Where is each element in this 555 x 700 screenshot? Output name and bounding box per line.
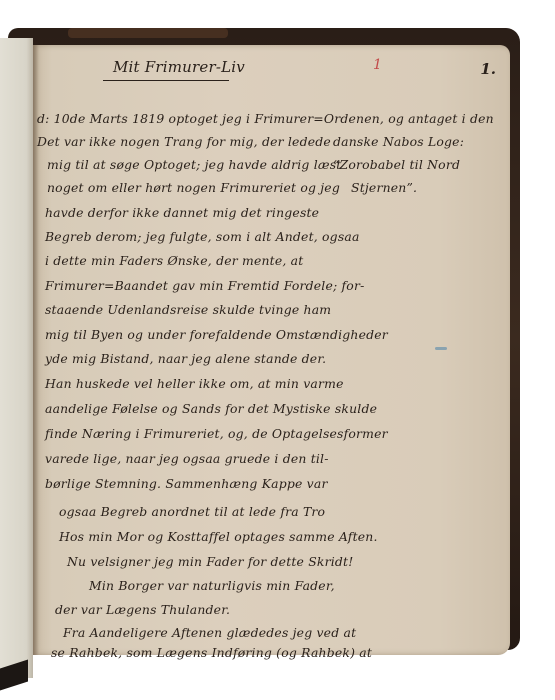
text-line: i dette min Faders Ønske, der mente, at [45, 253, 303, 268]
page-title: Mit Frimurer-Liv [113, 58, 245, 76]
margin-mark: 1 [373, 57, 382, 73]
text-line: Det var ikke nogen Trang for mig, der le… [37, 134, 331, 149]
left-flyleaf [0, 38, 33, 678]
side-note-line: “Zorobabel til Nord [333, 157, 460, 172]
page-number: 1. [480, 60, 496, 78]
text-line: noget om eller hørt nogen Frimureriet og… [47, 180, 340, 195]
text-line: Begreb derom; jeg fulgte, som i alt Ande… [45, 229, 360, 244]
manuscript-page: Mit Frimurer-Liv 1 1. d: 10de Marts 1819… [33, 45, 510, 655]
text-line: se Rahbek, som Lægens Indføring (og Rahb… [51, 645, 372, 660]
blue-pencil-mark [435, 347, 447, 350]
text-line: yde mig Bistand, naar jeg alene stande d… [45, 351, 326, 366]
text-line: Min Borger var naturligvis min Fader, [89, 578, 335, 593]
text-line: havde derfor ikke dannet mig det ringest… [45, 205, 319, 220]
text-line: børlige Stemning. Sammenhæng Kappe var [45, 476, 328, 491]
text-line: ogsaa Begreb anordnet til at lede fra Tr… [59, 504, 325, 519]
text-line: varede lige, naar jeg ogsaa gruede i den… [45, 451, 329, 466]
text-line: staaende Udenlandsreise skulde tvinge ha… [45, 302, 331, 317]
text-line: mig til at søge Optoget; jeg havde aldri… [47, 157, 341, 172]
text-line: Fra Aandeligere Aftenen glædedes jeg ved… [63, 625, 356, 640]
text-line: der var Lægens Thulander. [55, 602, 230, 617]
side-note-line: Stjernen”. [351, 180, 417, 195]
text-line: Nu velsigner jeg min Fader for dette Skr… [67, 554, 353, 569]
side-note-line: danske Nabos Loge: [333, 134, 464, 149]
text-line: mig til Byen og under forefaldende Omstæ… [45, 327, 388, 342]
text-line: aandelige Følelse og Sands for det Mysti… [45, 401, 377, 416]
text-line: d: 10de Marts 1819 optoget jeg i Frimure… [37, 111, 494, 126]
text-line: Frimurer=Baandet gav min Fremtid Fordele… [45, 278, 364, 293]
text-line: Han huskede vel heller ikke om, at min v… [45, 376, 344, 391]
text-line: finde Næring i Frimureriet, og, de Optag… [45, 426, 388, 441]
text-line: Hos min Mor og Kosttaffel optages samme … [59, 529, 378, 544]
title-underline [103, 80, 229, 81]
